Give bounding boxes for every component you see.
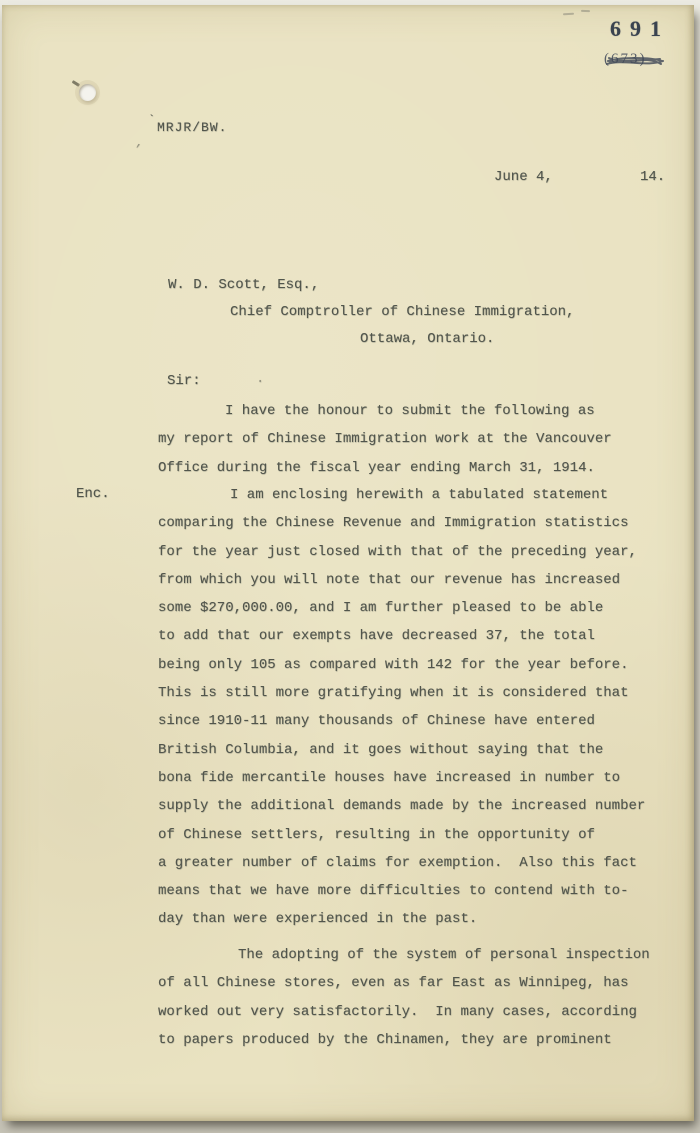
text-line: This is still more gratifying when it is…: [158, 679, 645, 707]
text-line: I am enclosing herewith a tabulated stat…: [158, 481, 645, 509]
text-line: Office during the fiscal year ending Mar…: [158, 454, 612, 482]
recipient-location: Ottawa, Ontario.: [360, 331, 494, 349]
recipient-title: Chief Comptroller of Chinese Immigration…: [230, 304, 574, 322]
text-line: some $270,000.00, and I am further pleas…: [158, 594, 645, 622]
text-line: to papers produced by the Chinamen, they…: [158, 1026, 650, 1054]
text-line: from which you will note that our revenu…: [158, 566, 645, 594]
text-line: to add that our exempts have decreased 3…: [158, 622, 645, 650]
salutation-stray-dot: ·: [256, 374, 264, 392]
text-line: worked out very satisfactorily. In many …: [158, 998, 650, 1026]
enclosure-margin-note: Enc.: [76, 486, 110, 504]
text-line: being only 105 as compared with 142 for …: [158, 651, 645, 679]
text-line: comparing the Chinese Revenue and Immigr…: [158, 509, 645, 537]
recipient-name: W. D. Scott, Esq.,: [168, 277, 319, 295]
text-line: since 1910-11 many thousands of Chinese …: [158, 707, 645, 735]
text-line: a greater number of claims for exemption…: [158, 849, 645, 877]
text-line: I have the honour to submit the followin…: [158, 397, 612, 425]
document-scan: 691 (673) ` MRJR/BW. , June 4, 14. W. D.…: [0, 0, 700, 1133]
pencil-mark: [581, 10, 590, 12]
typist-reference: MRJR/BW.: [157, 120, 227, 136]
text-line: day than were experienced in the past.: [158, 905, 645, 933]
salutation: Sir:: [167, 373, 201, 391]
paragraph-3: The adopting of the system of personal i…: [158, 941, 650, 1054]
text-line: British Columbia, and it goes without sa…: [158, 736, 645, 764]
paragraph-2: I am enclosing herewith a tabulated stat…: [158, 481, 645, 934]
text-line: supply the additional demands made by th…: [158, 792, 645, 820]
text-line: of Chinese settlers, resulting in the op…: [158, 821, 645, 849]
text-line: my report of Chinese Immigration work at…: [158, 425, 612, 453]
scribble-strikethrough: [604, 50, 668, 72]
date: June 4,: [494, 169, 553, 187]
punch-hole: [79, 84, 96, 101]
text-line: bona fide mercantile houses have increas…: [158, 764, 645, 792]
text-line: The adopting of the system of personal i…: [158, 941, 650, 969]
reference-tick: `: [148, 113, 155, 128]
text-line: for the year just closed with that of th…: [158, 538, 645, 566]
text-line: of all Chinese stores, even as far East …: [158, 969, 650, 997]
crossed-out-number: (673): [604, 50, 668, 72]
paragraph-1: I have the honour to submit the followin…: [158, 397, 612, 482]
text-line: means that we have more difficulties to …: [158, 877, 645, 905]
page-number-stamp: 691: [610, 16, 670, 42]
date-year-suffix: 14.: [640, 169, 665, 187]
